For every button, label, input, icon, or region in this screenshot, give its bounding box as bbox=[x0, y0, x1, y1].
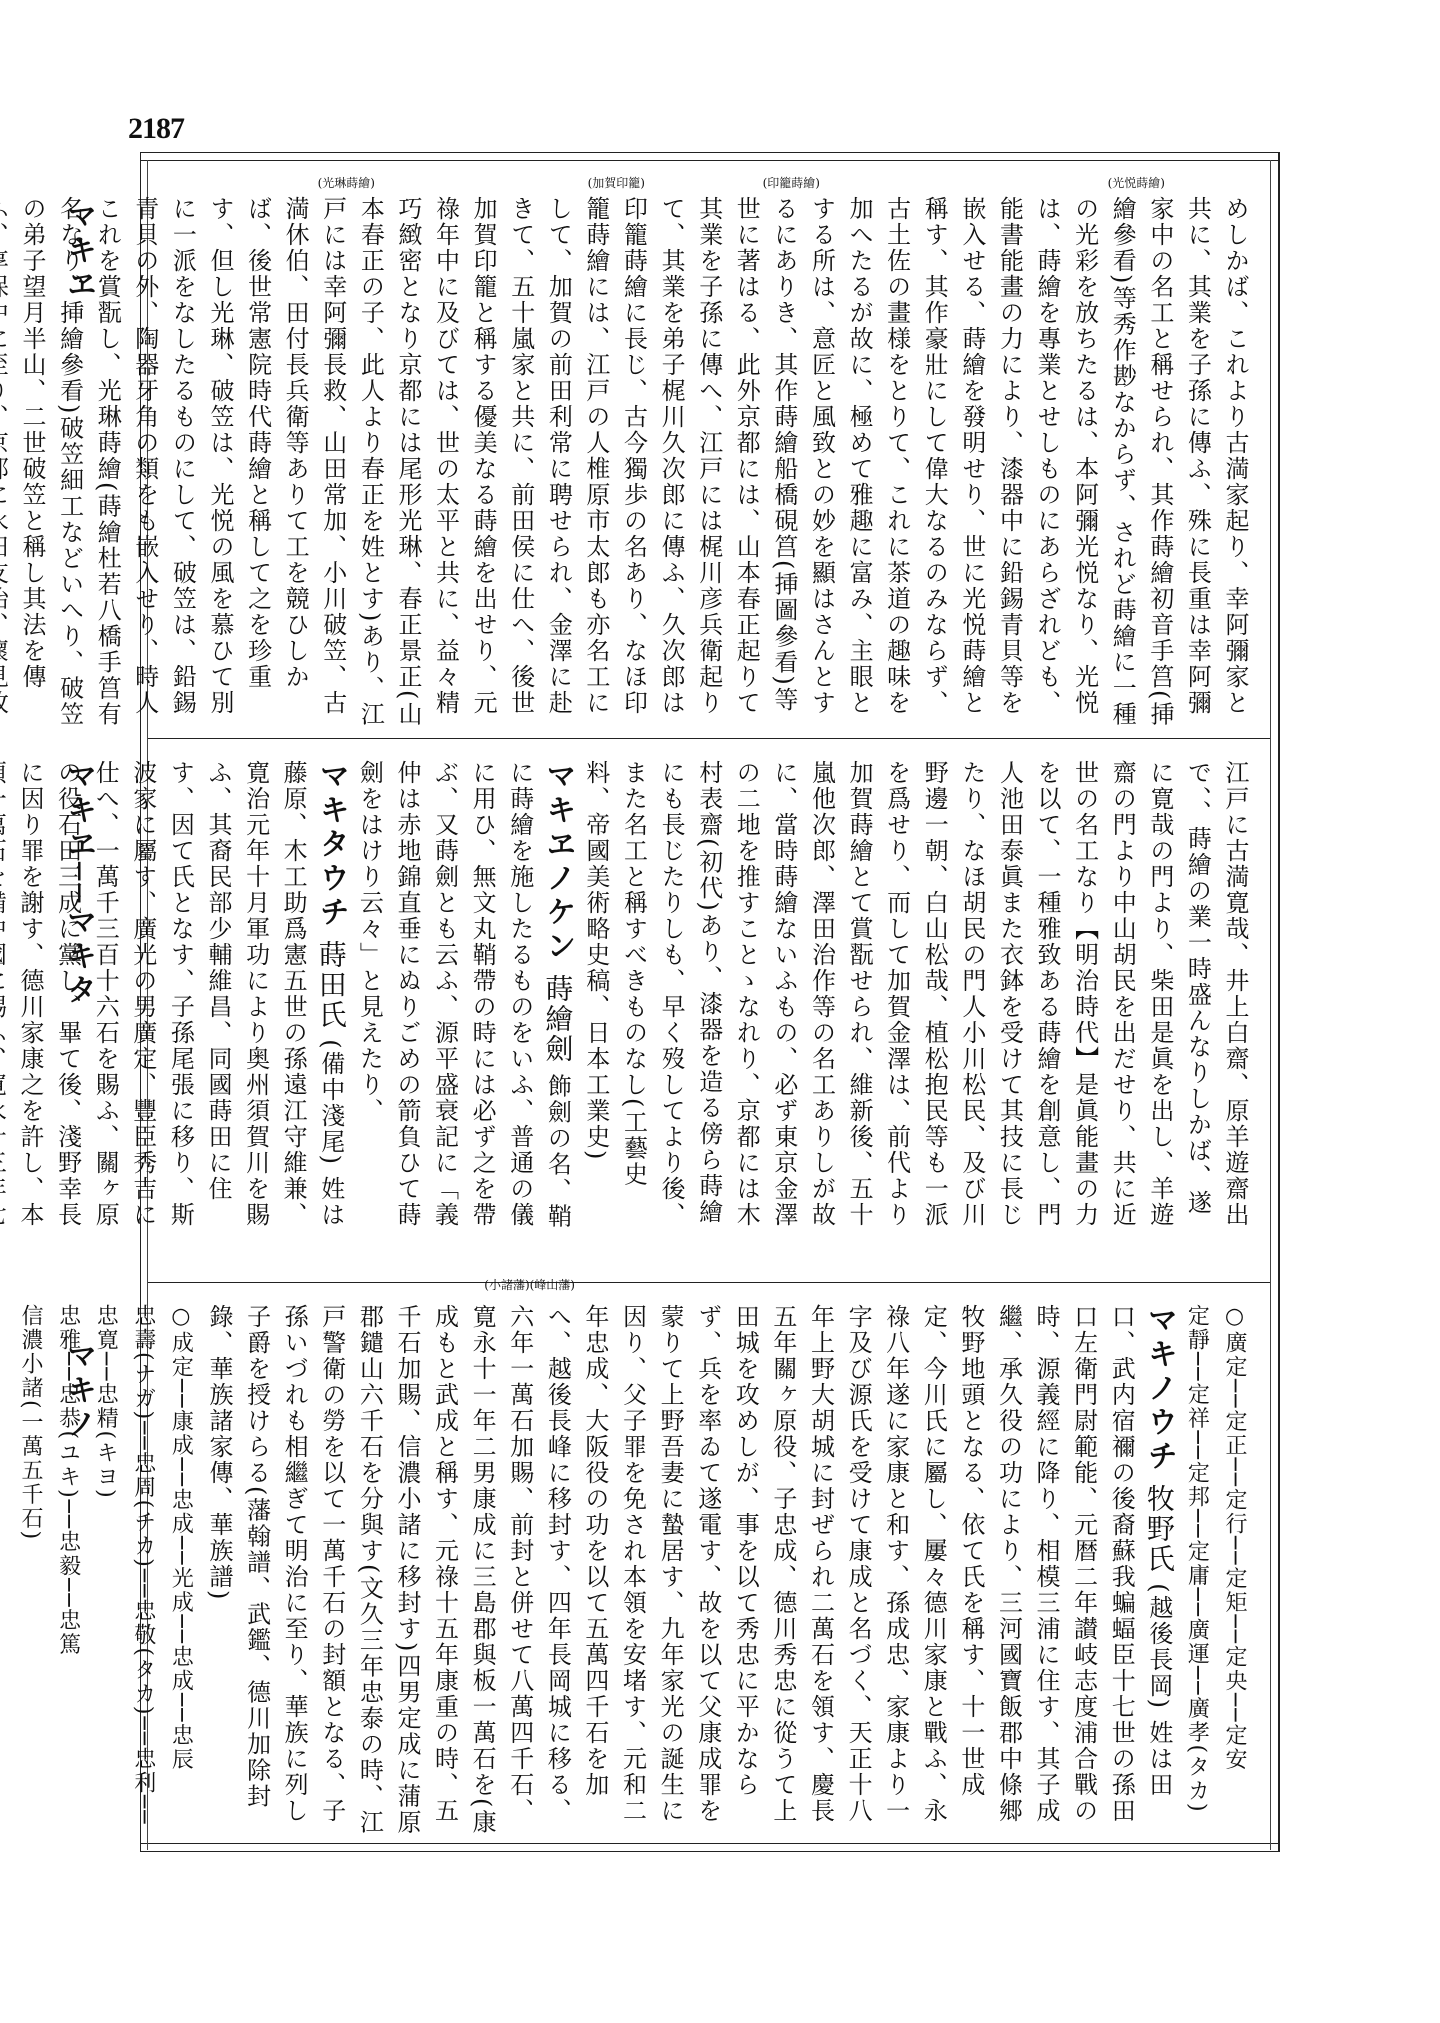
body-text: ○廣定──定正──定行──定矩──定央──定安 定靜──定祥──定邦──定庸──… bbox=[150, 1304, 1265, 1840]
entry-text: 飾劍の名、鞘に蒔繪を施したるものをいふ、普通の儀に用ひ、無文丸鞘帶の時には必ず之… bbox=[355, 760, 571, 1229]
body-text: めしかば、これより古満家起り、幸阿彌家と共に、其業を子孫に傳ふ、殊に長重は幸阿彌… bbox=[150, 196, 1265, 735]
tier-divider-2 bbox=[148, 1282, 1270, 1283]
top-rule bbox=[140, 152, 1278, 153]
genealogy-tree-1: ○廣定──定正──定行──定矩──定央──定安 定靜──定祥──定邦──定庸──… bbox=[1178, 1304, 1253, 1840]
genealogy-line: 忠雅──忠恭(ユキ)──忠毅──忠篤 bbox=[56, 1304, 81, 1657]
tier-2: 江戸に古満寛哉、井上白齋、原羊遊齋出で、、蒔繪の業一時盛んなりしかば、遂に寛哉の… bbox=[150, 738, 1265, 1238]
body-text: 江戸に古満寛哉、井上白齋、原羊遊齋出で、、蒔繪の業一時盛んなりしかば、遂に寛哉の… bbox=[150, 760, 1265, 1238]
illustration-caption: (光琳蒔繪) bbox=[318, 174, 375, 191]
entry-makitauchi: マキタウチ 蒔田氏 (備中淺尾) 姓は藤原、木工助爲憲五世の孫遠江守維兼、寛治元… bbox=[0, 760, 350, 1238]
entry-text: 姓は田口、武内宿禰の後裔蘇我蝙蝠臣十七世の孫田口左衛門尉範能、元暦二年讃岐志度浦… bbox=[205, 1304, 1173, 1835]
headword: マキヱノケン bbox=[540, 760, 575, 964]
entry-text: 姓は藤原、木工助爲憲五世の孫遠江守維兼、寛治元年十月軍功により奥州須賀川を賜ふ、… bbox=[0, 760, 345, 1228]
genealogy-line: 定靜──定祥──定邦──定庸──廣運──廣孝(タカ) bbox=[1184, 1304, 1209, 1814]
genealogy-tree-2: ○成定──康成──忠成──光成──忠成──忠辰 忠壽(ナガ)──忠周(チカ)──… bbox=[11, 1304, 199, 1840]
entry-place: (備中淺尾) bbox=[317, 1039, 345, 1166]
paragraph: 江戸に古満寛哉、井上白齋、原羊遊齋出で、、蒔繪の業一時盛んなりしかば、遂に寛哉の… bbox=[576, 760, 1253, 1238]
top-rule-inner bbox=[140, 160, 1278, 161]
paragraph: めしかば、これより古満家起り、幸阿彌家と共に、其業を子孫に傳ふ、殊に長重は幸阿彌… bbox=[0, 196, 1253, 735]
genealogy-line: ○廣定──定正──定行──定矩──定央──定安 bbox=[1222, 1304, 1247, 1771]
right-border bbox=[1278, 152, 1280, 1852]
illustration-caption: (加賀印籠) bbox=[588, 174, 645, 191]
headword: マキノウチ bbox=[1142, 1304, 1177, 1474]
genealogy-line: 忠壽(ナガ)──忠周(チカ)──忠敬(タカ)──忠利──忠寛──忠精(キヨ) bbox=[93, 1304, 156, 1825]
genealogy-line: 信濃小諸(一萬五千石) bbox=[18, 1304, 43, 1541]
bottom-rule-inner bbox=[140, 1851, 1278, 1852]
illustration-caption: (印籠蒔繪) bbox=[763, 174, 820, 191]
entry-place: (越後長岡) bbox=[1145, 1583, 1173, 1710]
illustration-caption: (小諸藩)(峰山藩) bbox=[484, 1276, 575, 1293]
entry-makinouchi: マキノウチ 牧野氏 (越後長岡) 姓は田口、武内宿禰の後裔蘇我蝙蝠臣十七世の孫田… bbox=[199, 1304, 1177, 1840]
headword: マキタウチ bbox=[314, 760, 349, 930]
entry-surname: 牧野氏 bbox=[1143, 1484, 1176, 1574]
genealogy-line: ○成定──康成──忠成──光成──忠成──忠辰 bbox=[168, 1304, 193, 1771]
entry-makienoken: マキヱノケン 蒔繪劍 飾劍の名、鞘に蒔繪を施したるものをいふ、普通の儀に用ひ、無… bbox=[350, 760, 577, 1238]
bottom-rule bbox=[140, 1843, 1278, 1844]
right-border-inner bbox=[1270, 160, 1271, 1850]
tier-1: (光悦蒔繪) (印籠蒔繪) (加賀印籠) (光琳蒔繪) めしかば、これより古満家… bbox=[150, 170, 1265, 735]
page-number: 2187 bbox=[128, 112, 184, 146]
entry-kanji: 蒔繪劍 bbox=[541, 974, 574, 1064]
entry-surname: 蒔田氏 bbox=[315, 940, 348, 1030]
illustration-caption: (光悦蒔繪) bbox=[1108, 174, 1165, 191]
tier-3: (小諸藩)(峰山藩) ○廣定──定正──定行──定矩──定央──定安 定靜──定… bbox=[150, 1290, 1265, 1840]
